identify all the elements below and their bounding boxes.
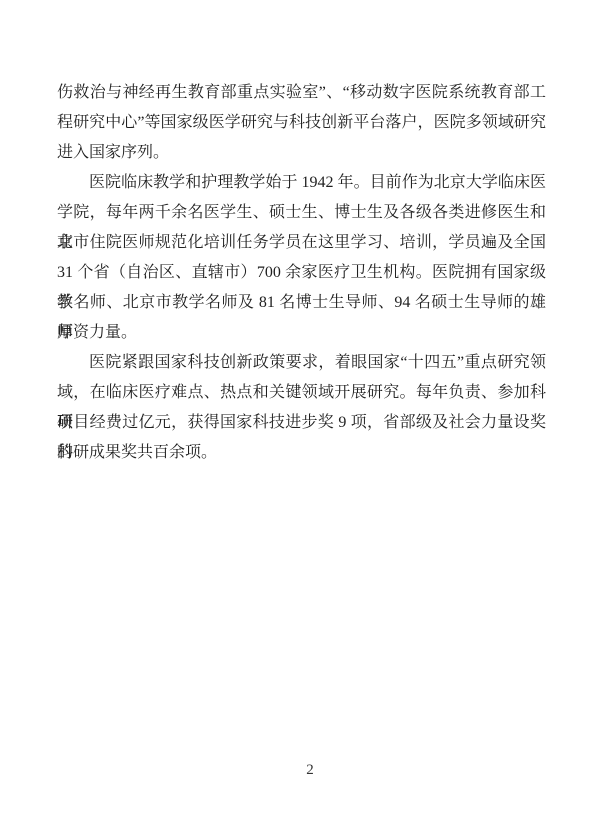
text-line: 京市住院医师规范化培训任务学员在这里学习、培训，学员遍及全国 bbox=[57, 228, 546, 258]
text-line: 程研究中心”等国家级医学研究与科技创新平台落户，医院多领域研究 bbox=[57, 108, 546, 138]
text-line: 医院临床教学和护理教学始于 1942 年。目前作为北京大学临床医 bbox=[57, 168, 546, 198]
text-line: 伤救治与神经再生教育部重点实验室”、“移动数字医院系统教育部工 bbox=[57, 78, 546, 108]
text-line: 进入国家序列。 bbox=[57, 138, 546, 168]
text-line: 师资力量。 bbox=[57, 318, 546, 348]
text-line: 域，在临床医疗难点、热点和关键领域开展研究。每年负责、参加科研 bbox=[57, 378, 546, 408]
text-line: 学名师、北京市教学名师及 81 名博士生导师、94 名硕士生导师的雄厚 bbox=[57, 288, 546, 318]
text-line: 科研成果奖共百余项。 bbox=[57, 438, 546, 468]
document-page: 伤救治与神经再生教育部重点实验室”、“移动数字医院系统教育部工 程研究中心”等国… bbox=[0, 0, 590, 835]
page-number: 2 bbox=[0, 763, 590, 778]
document-body: 伤救治与神经再生教育部重点实验室”、“移动数字医院系统教育部工 程研究中心”等国… bbox=[57, 78, 546, 468]
text-line: 项目经费过亿元，获得国家科技进步奖 9 项，省部级及社会力量设奖的 bbox=[57, 408, 546, 438]
text-line: 31 个省（自治区、直辖市）700 余家医疗卫生机构。医院拥有国家级教 bbox=[57, 258, 546, 288]
paragraph-1: 伤救治与神经再生教育部重点实验室”、“移动数字医院系统教育部工 程研究中心”等国… bbox=[57, 78, 546, 168]
text-line: 学院，每年两千余名医学生、硕士生、博士生及各级各类进修医生和北 bbox=[57, 198, 546, 228]
paragraph-2: 医院临床教学和护理教学始于 1942 年。目前作为北京大学临床医 学院，每年两千… bbox=[57, 168, 546, 348]
text-line: 医院紧跟国家科技创新政策要求，着眼国家“十四五”重点研究领 bbox=[57, 348, 546, 378]
paragraph-3: 医院紧跟国家科技创新政策要求，着眼国家“十四五”重点研究领 域，在临床医疗难点、… bbox=[57, 348, 546, 468]
